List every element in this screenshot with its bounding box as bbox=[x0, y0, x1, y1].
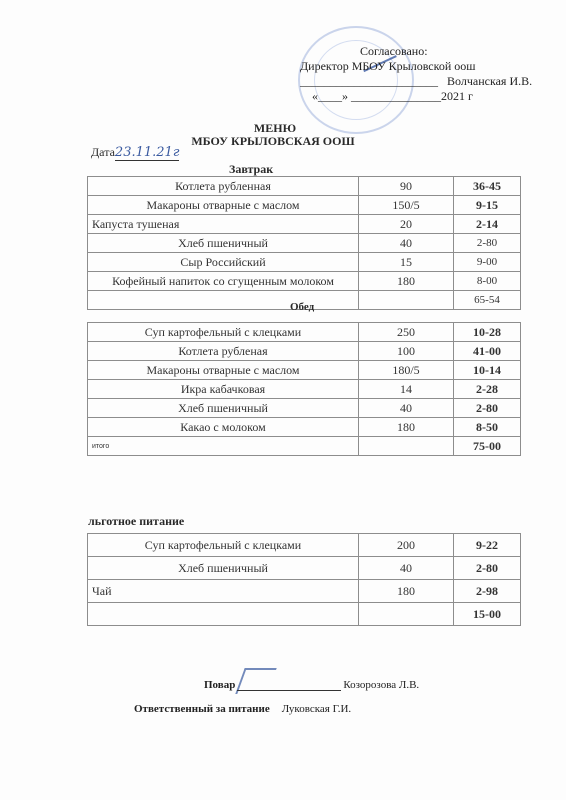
table-row: Сыр Российский159-00 bbox=[88, 253, 521, 272]
dish-price: 2-98 bbox=[454, 580, 521, 603]
table-row: Суп картофельный с клецками2009-22 bbox=[88, 534, 521, 557]
dish-name: Хлеб пшеничный bbox=[88, 557, 359, 580]
dish-weight: 15 bbox=[359, 253, 454, 272]
dish-weight: 40 bbox=[359, 399, 454, 418]
cook-label: Повар bbox=[204, 679, 235, 691]
dish-price: 75-00 bbox=[454, 437, 521, 456]
dish-price: 41-00 bbox=[454, 342, 521, 361]
signature-line bbox=[237, 690, 341, 691]
dish-weight bbox=[359, 291, 454, 310]
dish-price: 2-80 bbox=[454, 557, 521, 580]
school-name: МБОУ КРЫЛОВСКАЯ ООШ bbox=[0, 134, 556, 149]
table-row: Хлеб пшеничный402-80 bbox=[88, 557, 521, 580]
dish-name: Котлета рубленая bbox=[88, 342, 359, 361]
dish-price: 9-00 bbox=[454, 253, 521, 272]
date-label: Дата bbox=[91, 145, 115, 159]
dish-weight: 200 bbox=[359, 534, 454, 557]
dish-weight bbox=[359, 603, 454, 626]
breakfast-table: Котлета рубленная9036-45Макароны отварны… bbox=[87, 176, 521, 310]
dish-weight: 180/5 bbox=[359, 361, 454, 380]
table-row: итого75-00 bbox=[88, 437, 521, 456]
approval-date-line: «____» _______________2021 г bbox=[300, 89, 530, 104]
section-title-lunch: Обед bbox=[290, 301, 314, 313]
dish-weight: 180 bbox=[359, 272, 454, 291]
table-row: Чай1802-98 bbox=[88, 580, 521, 603]
responsible-label: Ответственный за питание bbox=[134, 703, 270, 715]
table-row: Суп картофельный с клецками25010-28 bbox=[88, 323, 521, 342]
dish-name: Какао с молоком bbox=[88, 418, 359, 437]
approval-heading: Согласовано: bbox=[300, 44, 530, 59]
table-row: Кофейный напиток со сгущенным молоком180… bbox=[88, 272, 521, 291]
dish-price: 2-80 bbox=[454, 399, 521, 418]
dish-price: 36-45 bbox=[454, 177, 521, 196]
dish-name: Кофейный напиток со сгущенным молоком bbox=[88, 272, 359, 291]
director-name: Волчанская И.В. bbox=[447, 74, 532, 88]
dish-weight: 40 bbox=[359, 557, 454, 580]
table-row: Котлета рубленая10041-00 bbox=[88, 342, 521, 361]
dish-name: Икра кабачковая bbox=[88, 380, 359, 399]
dish-weight: 150/5 bbox=[359, 196, 454, 215]
dish-name: Чай bbox=[88, 580, 359, 603]
date-field: Дата23.11.21г bbox=[91, 145, 179, 161]
dish-name: Суп картофельный с клецками bbox=[88, 534, 359, 557]
dish-weight: 90 bbox=[359, 177, 454, 196]
table-row: Хлеб пшеничный402-80 bbox=[88, 399, 521, 418]
dish-price: 9-22 bbox=[454, 534, 521, 557]
table-row: Какао с молоком1808-50 bbox=[88, 418, 521, 437]
approval-position: Директор МБОУ Крыловской оош bbox=[300, 59, 530, 74]
dish-name: Котлета рубленная bbox=[88, 177, 359, 196]
dish-name: итого bbox=[88, 437, 359, 456]
dish-weight: 180 bbox=[359, 580, 454, 603]
dish-weight: 14 bbox=[359, 380, 454, 399]
dish-weight: 40 bbox=[359, 234, 454, 253]
cook-name: Козорозова Л.В. bbox=[343, 679, 419, 691]
table-row: Макароны отварные с маслом150/59-15 bbox=[88, 196, 521, 215]
dish-name: Макароны отварные с маслом bbox=[88, 361, 359, 380]
dish-price: 2-28 bbox=[454, 380, 521, 399]
dish-name: Макароны отварные с маслом bbox=[88, 196, 359, 215]
table-row: Икра кабачковая142-28 bbox=[88, 380, 521, 399]
dish-price: 8-00 bbox=[454, 272, 521, 291]
approval-block: Согласовано: Директор МБОУ Крыловской оо… bbox=[300, 44, 530, 104]
dish-price: 8-50 bbox=[454, 418, 521, 437]
table-row: Макароны отварные с маслом180/510-14 bbox=[88, 361, 521, 380]
dish-name bbox=[88, 603, 359, 626]
approval-signature-line: _______________________ Волчанская И.В. bbox=[300, 74, 530, 89]
dish-price: 10-14 bbox=[454, 361, 521, 380]
dish-price: 2-14 bbox=[454, 215, 521, 234]
table-row: Котлета рубленная9036-45 bbox=[88, 177, 521, 196]
responsible-name: Луковская Г.И. bbox=[282, 703, 351, 715]
dish-weight: 180 bbox=[359, 418, 454, 437]
table-row: 15-00 bbox=[88, 603, 521, 626]
dish-weight bbox=[359, 437, 454, 456]
dish-name bbox=[88, 291, 359, 310]
section-title-breakfast: Завтрак bbox=[229, 162, 273, 177]
dish-price: 2-80 bbox=[454, 234, 521, 253]
dish-price: 65-54 bbox=[454, 291, 521, 310]
dish-weight: 250 bbox=[359, 323, 454, 342]
dish-name: Суп картофельный с клецками bbox=[88, 323, 359, 342]
dish-price: 10-28 bbox=[454, 323, 521, 342]
table-row: Хлеб пшеничный402-80 bbox=[88, 234, 521, 253]
benefit-table: Суп картофельный с клецками2009-22Хлеб п… bbox=[87, 533, 521, 626]
cook-line: ПоварКозорозова Л.В. bbox=[204, 679, 419, 691]
dish-name: Хлеб пшеничный bbox=[88, 399, 359, 418]
lunch-table: Суп картофельный с клецками25010-28Котле… bbox=[87, 322, 521, 456]
dish-name: Хлеб пшеничный bbox=[88, 234, 359, 253]
section-title-benefit: льготное питание bbox=[88, 514, 184, 529]
dish-price: 9-15 bbox=[454, 196, 521, 215]
table-row: Капуста тушеная202-14 bbox=[88, 215, 521, 234]
dish-weight: 100 bbox=[359, 342, 454, 361]
dish-name: Сыр Российский bbox=[88, 253, 359, 272]
responsible-line: Ответственный за питаниеЛуковская Г.И. bbox=[134, 703, 351, 715]
date-value: 23.11.21г bbox=[115, 145, 179, 161]
dish-price: 15-00 bbox=[454, 603, 521, 626]
dish-name: Капуста тушеная bbox=[88, 215, 359, 234]
dish-weight: 20 bbox=[359, 215, 454, 234]
